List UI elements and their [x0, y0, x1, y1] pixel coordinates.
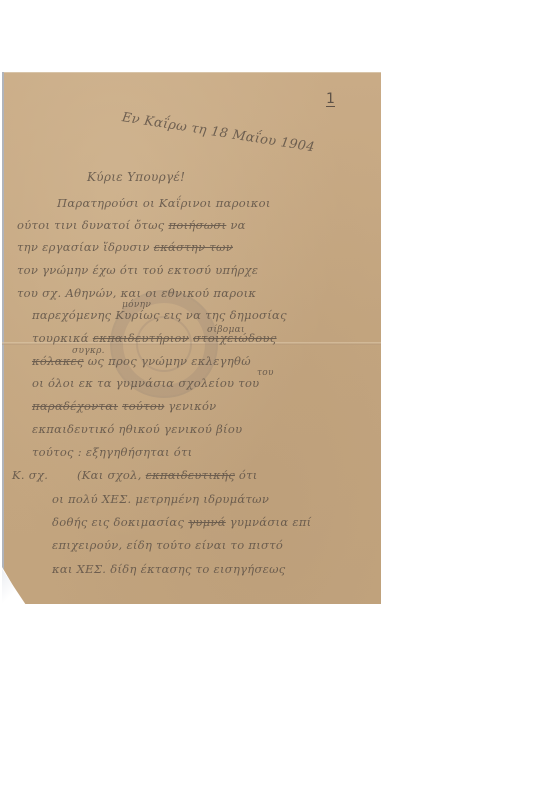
letter-page: 1 Εν Καΐρω τη 18 Μαΐου 1904 Κύριε Υπουργ…: [2, 72, 381, 604]
letter-line: παρεχόμενης Κυρίως εις να της δημοσίας: [32, 308, 287, 322]
letter-line: παραδέχονται τούτου γενικόν: [32, 399, 216, 413]
letter-line: Παρατηρούσι οι Καΐρινοι παροικοι: [57, 196, 271, 210]
letter-line: επιχειρούν, είδη τούτο είναι το πιστό: [52, 538, 283, 552]
date-line: Εν Καΐρω τη 18 Μαΐου 1904: [121, 110, 316, 155]
interlinear-note: μόνην: [122, 300, 151, 310]
letter-line: οι πολύ ΧΕΣ. μετρημένη ιδρυμάτων: [52, 492, 269, 506]
letter-line: και ΧΕΣ. δίδη έκτασης το εισηγήσεως: [52, 562, 286, 576]
letter-line: του σχ. Αθηνών, και οι εθνικού παροικ: [17, 286, 256, 300]
letter-line: εκπαιδευτικό ηθικού γενικού βίου: [32, 422, 242, 436]
letter-line: τούτος : εξηγηθήσηται ότι: [32, 445, 193, 459]
interlinear-note: σίβομαι: [207, 325, 245, 335]
letter-line: κόλακες ως προς γνώμην εκλεγηθώ: [32, 354, 251, 368]
letter-line: (Και σχολ, εκπαιδευτικής ότι: [77, 468, 258, 482]
salutation: Κύριε Υπουργέ!: [87, 170, 185, 184]
letter-line: οι όλοι εκ τα γυμνάσια σχολείου του: [32, 376, 259, 390]
interlinear-note: συγκρ.: [72, 346, 105, 356]
page-number: 1: [326, 92, 335, 107]
letter-line: ούτοι τινι δυνατοί ὄτως ποιήσωσι να: [17, 218, 246, 232]
margin-note: Κ. σχ.: [12, 468, 48, 482]
letter-line: δοθής εις δοκιμασίας γυμνά γυμνάσια επί: [52, 515, 311, 529]
interlinear-note: του: [257, 368, 274, 378]
letter-line: την εργασίαν ἵδρυσιν εκάστην των: [17, 240, 233, 254]
letter-line: τον γνώμην έχω ότι τού εκτοσύ υπήρχε: [17, 263, 258, 277]
